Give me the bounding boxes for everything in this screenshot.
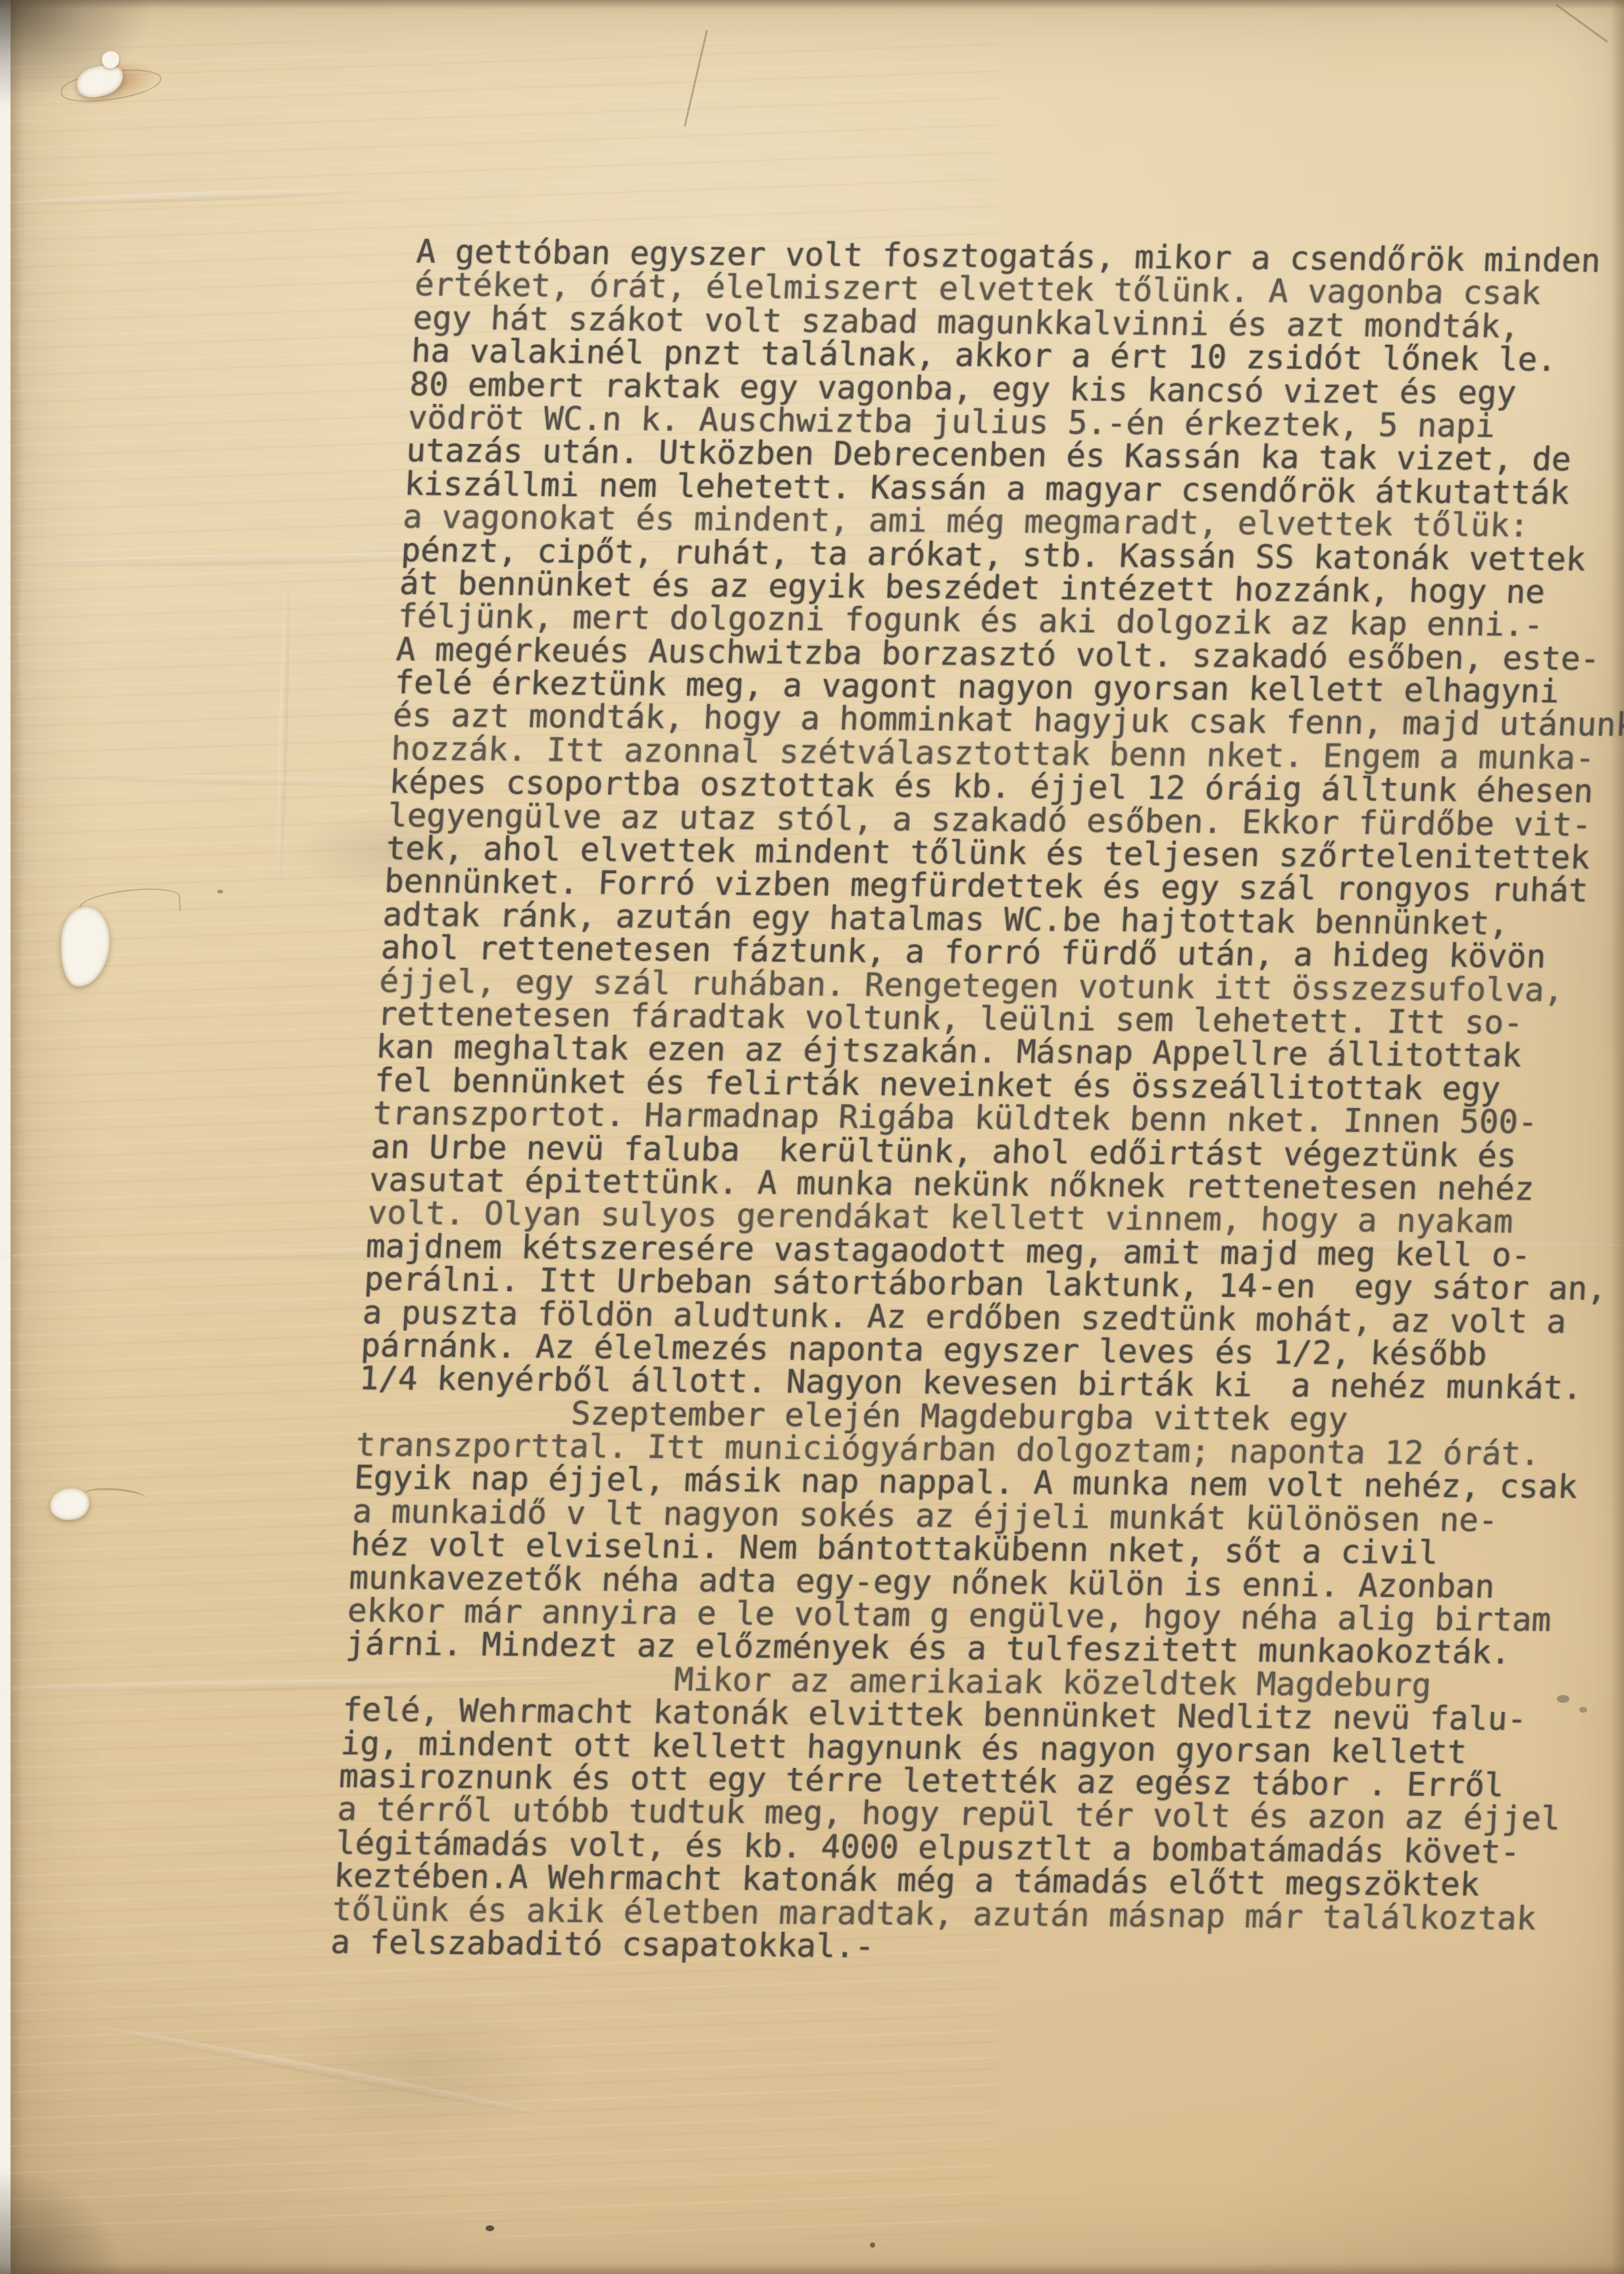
edge-shadow-top (0, 0, 1624, 9)
document-scan: A gettóban egyszer volt fosztogatás, mik… (0, 0, 1624, 2274)
edge-shadow-bottom (0, 2263, 1624, 2274)
typewritten-text-block: A gettóban egyszer volt fosztogatás, mik… (330, 236, 1624, 1969)
text-line: tőlünk és akik életben maradtak, azután … (332, 1893, 1583, 1936)
text-line: a puszta földön aludtunk. Az erdőben sze… (362, 1296, 1613, 1339)
corner-shadow-bottom-left (0, 2169, 125, 2274)
text-line: A megérkeués Auschwitzba borzasztó volt.… (395, 633, 1624, 676)
text-line: legyengülve az utaz stól, a szakadó esőb… (387, 799, 1624, 842)
